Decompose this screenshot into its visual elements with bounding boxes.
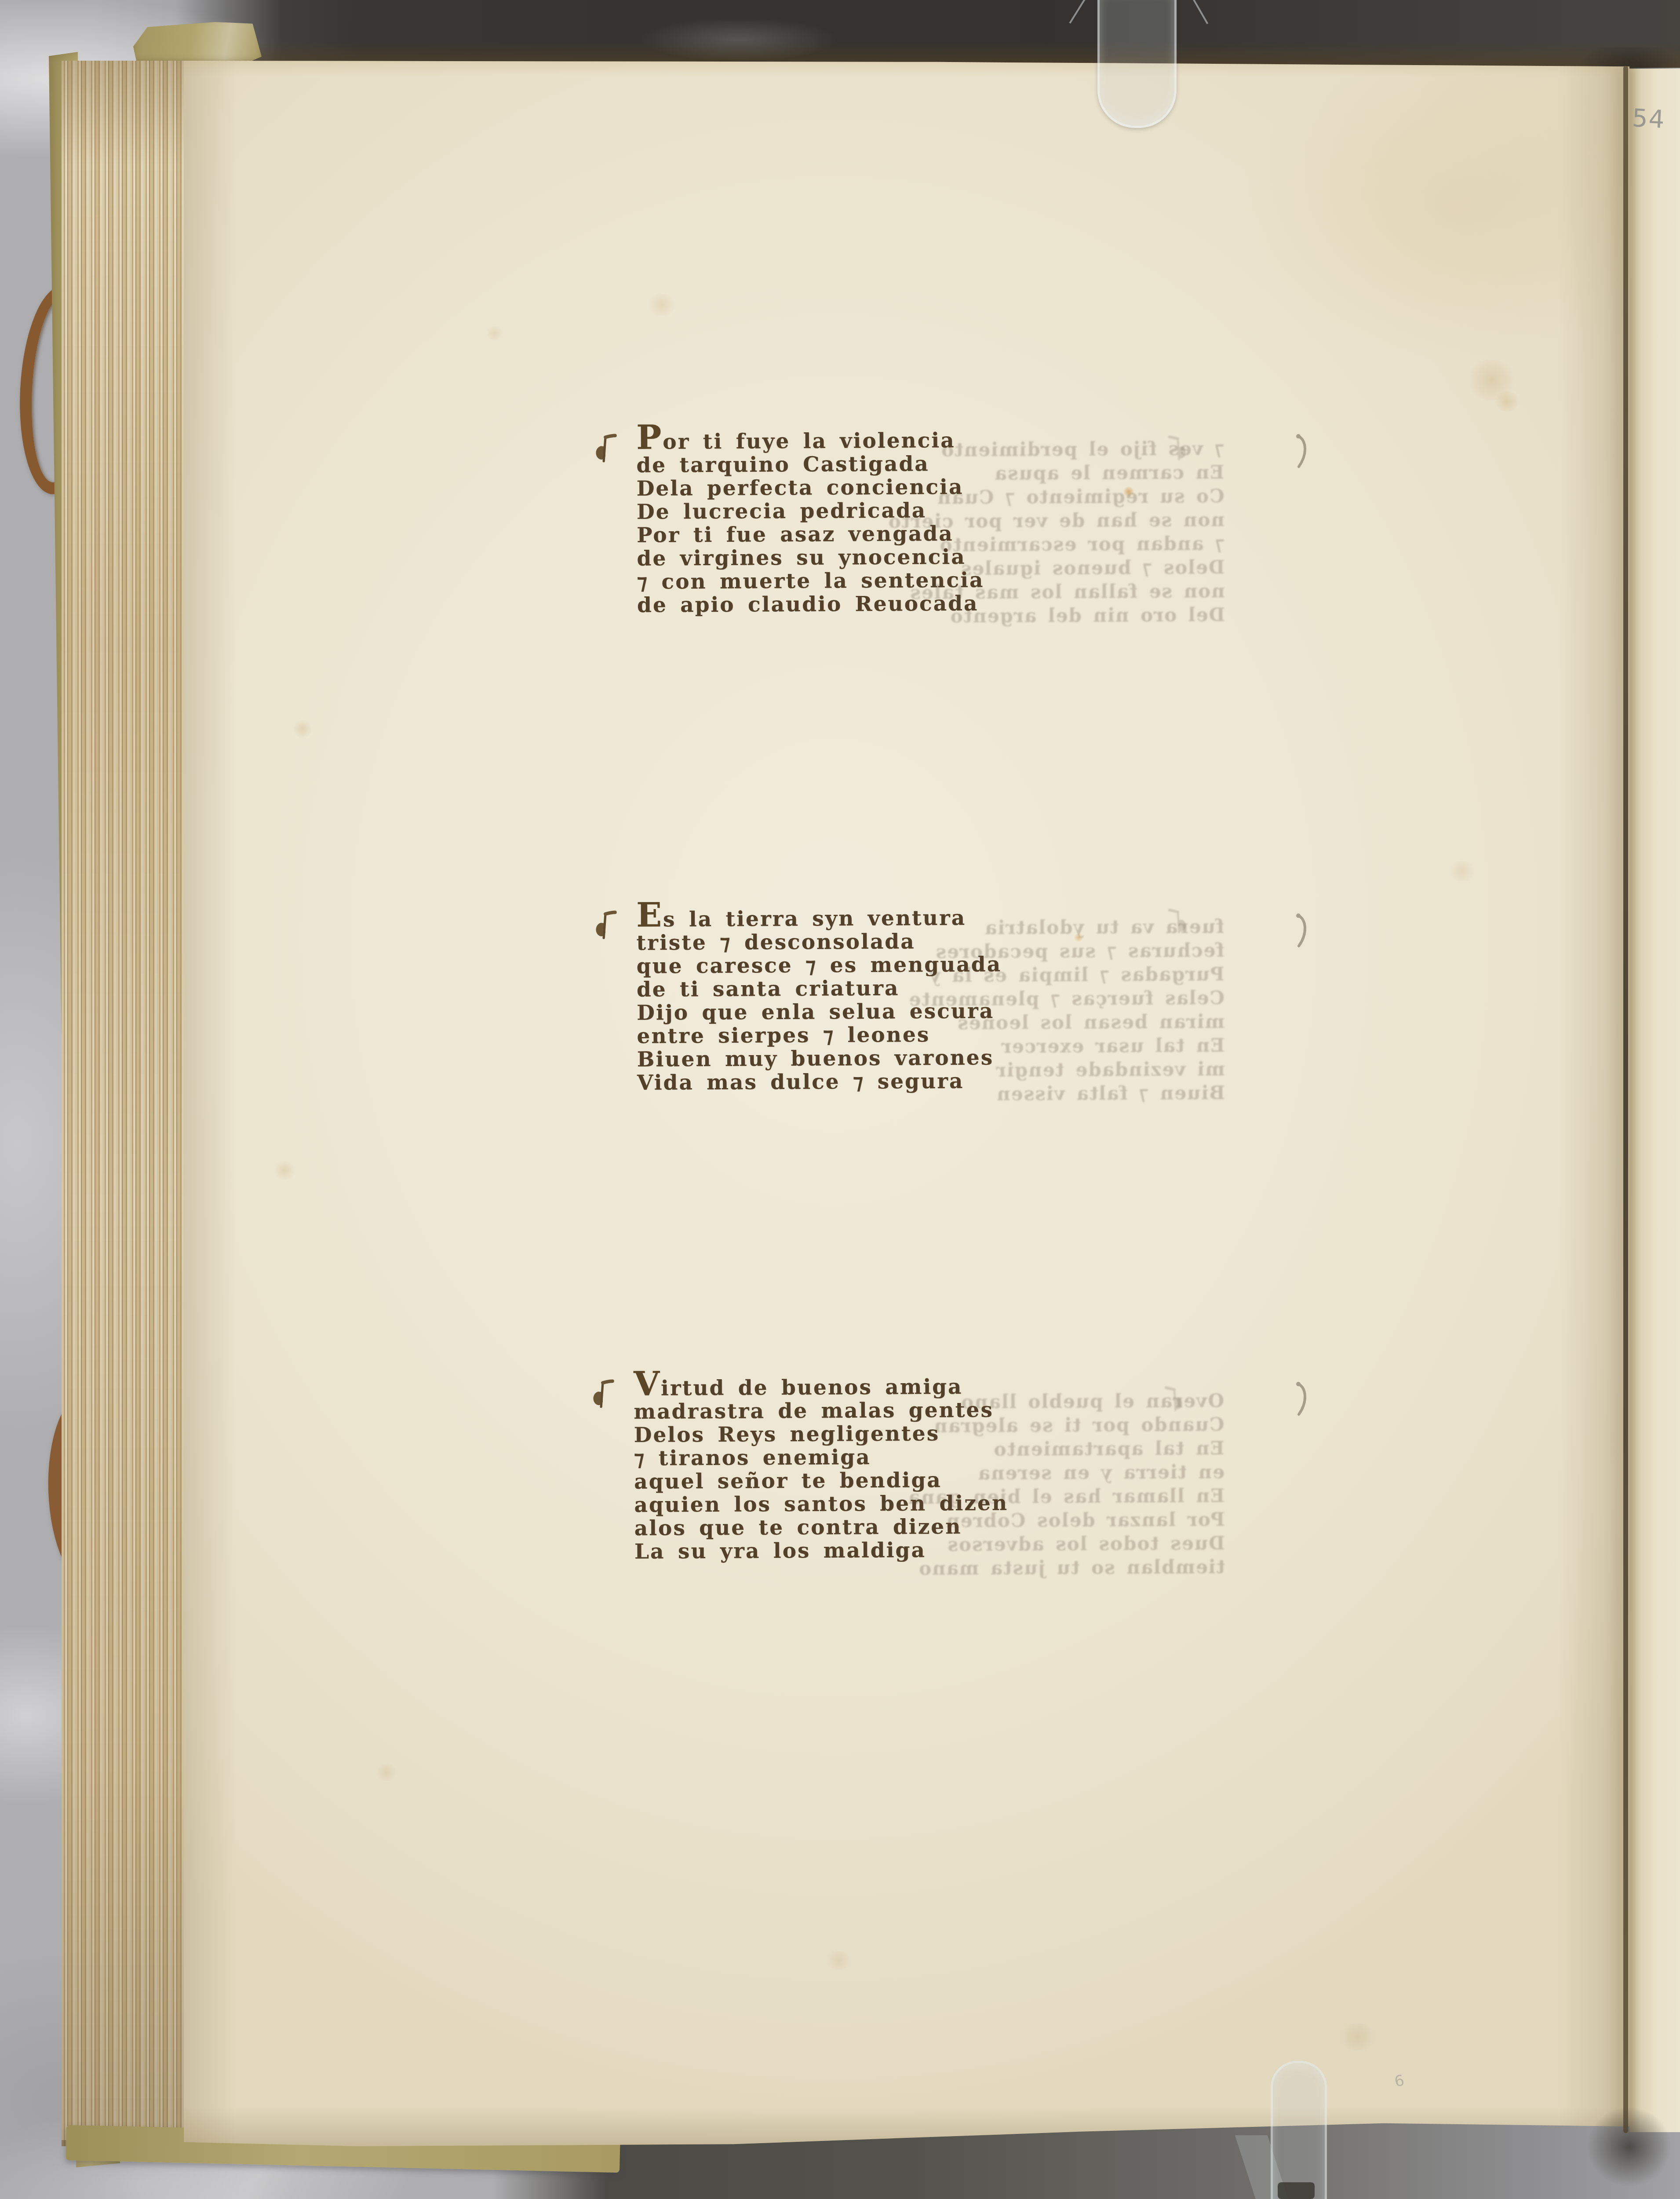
verse-line: Por ti fuye la violencia bbox=[636, 426, 1102, 454]
verse-line: Delos Reys negligentes bbox=[634, 1421, 1100, 1447]
foxing-spot bbox=[646, 294, 677, 316]
foxing-spot bbox=[1493, 391, 1520, 412]
stanza-2: Es la tierra syn ventura triste ⁊ descon… bbox=[636, 904, 1103, 1095]
verse-line: ⁊ con muerte la sentencia bbox=[637, 568, 1103, 594]
verse-line: entre sierpes ⁊ leones bbox=[637, 1022, 1103, 1048]
verse-line: Virtud de buenos amiga bbox=[634, 1373, 1100, 1400]
verse-line: La su yra los maldiga bbox=[634, 1538, 1101, 1563]
verse-line: Vida mas dulce ⁊ segura bbox=[637, 1069, 1103, 1095]
offset-hook-mark-icon bbox=[1294, 913, 1314, 950]
book-photo: ⁊ ves fijo el perdimiento En carmen le a… bbox=[0, 0, 1680, 2199]
verse-line: Dela perfecta conciencia bbox=[636, 475, 1102, 500]
facing-leaf-sliver bbox=[1629, 69, 1680, 2132]
verse-line: De lucrecia pedricada bbox=[637, 498, 1103, 524]
verse-line: aquien los santos ben dizen bbox=[634, 1491, 1100, 1517]
gutter-crease bbox=[1623, 66, 1628, 2133]
foxing-spot bbox=[485, 326, 504, 340]
foxing-spot bbox=[273, 1161, 296, 1180]
gutter-bottom-shadow bbox=[1578, 2093, 1680, 2190]
foxing-spot bbox=[825, 1951, 852, 1969]
plastic-clip-bottom bbox=[1271, 2061, 1327, 2199]
showthrough-pilcrow-icon bbox=[1157, 1383, 1192, 1417]
stanza-3: Virtud de buenos amiga madrastra de mala… bbox=[634, 1373, 1101, 1563]
verse-line: Biuen muy buenos varones bbox=[637, 1045, 1103, 1071]
verse-line: que caresce ⁊ es menguada bbox=[636, 952, 1102, 978]
showthrough-pilcrow-icon bbox=[1161, 905, 1195, 939]
foxing-spot bbox=[292, 720, 313, 737]
foxing-spot bbox=[1447, 861, 1476, 881]
verse-line: de virgines su ynocencia bbox=[637, 544, 1103, 570]
verse-line: aquel señor te bendiga bbox=[634, 1468, 1100, 1494]
stanza-1: Por ti fuye la violencia de tarquino Cas… bbox=[636, 426, 1103, 617]
verse-line: Por ti fue asaz vengada bbox=[637, 521, 1103, 547]
verse-line: de ti santa criatura bbox=[637, 975, 1103, 1001]
plastic-clip-top bbox=[1097, 0, 1177, 128]
pilcrow-icon bbox=[586, 907, 624, 945]
verse-line: Es la tierra syn ventura bbox=[636, 904, 1102, 931]
foxing-spot bbox=[375, 1764, 397, 1781]
verse-line: de apio claudio Reuocada bbox=[637, 591, 1103, 617]
verse-line: ⁊ tiranos enemiga bbox=[634, 1444, 1100, 1470]
verse-line: madrastra de malas gentes bbox=[634, 1398, 1100, 1424]
verse-line: Dijo que enla selua escura bbox=[637, 999, 1103, 1025]
folio-number: 54 bbox=[1631, 104, 1666, 134]
vellum-cover-corner bbox=[133, 22, 262, 64]
foxing-spot bbox=[1337, 2023, 1378, 2050]
backdrop-top-shadow bbox=[176, 0, 1680, 68]
plastic-clip-bottom-base bbox=[1278, 2182, 1315, 2199]
verse-line: triste ⁊ desconsolada bbox=[636, 929, 1102, 955]
offset-hook-mark-icon bbox=[1294, 1381, 1314, 1418]
verse-line: alos que te contra dizen bbox=[634, 1514, 1101, 1540]
verse-line: de tarquino Castigada bbox=[636, 451, 1102, 477]
recto-page bbox=[184, 61, 1629, 2146]
fore-edge-page-stack bbox=[62, 61, 190, 2146]
offset-hook-mark-icon bbox=[1294, 433, 1314, 470]
pilcrow-icon bbox=[586, 430, 624, 468]
pilcrow-icon bbox=[583, 1376, 621, 1414]
showthrough-pilcrow-icon bbox=[1161, 432, 1195, 466]
